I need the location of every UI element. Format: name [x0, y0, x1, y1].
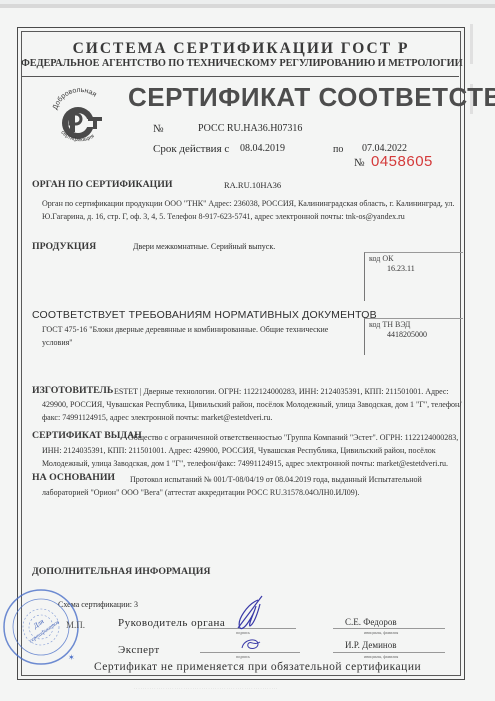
code-ok-label: код ОК [369, 254, 393, 263]
basis-text: Протокол испытаний № 001/Т-08/04/19 от 0… [32, 473, 462, 499]
rst-voluntary-certification-logo-icon: Добровольная сертификация [48, 86, 112, 150]
organ-accreditation-id: RA.RU.10HA36 [224, 180, 281, 190]
head-name-line [333, 628, 445, 629]
printer-microtext: · · · · · · · · · · · · · · · · · · · · … [134, 687, 278, 691]
svg-text:Добровольная: Добровольная [52, 87, 98, 111]
manufacturer-text: ESTET | Дверные технологии. ОГРН: 112212… [32, 385, 470, 424]
certificate-title: СЕРТИФИКАТ СООТВЕТСТВИЯ [128, 82, 495, 113]
page-top-edge [0, 4, 495, 8]
organ-description: Орган по сертификации продукции ООО "ТНК… [42, 197, 462, 223]
basis-details: Протокол испытаний № 001/Т-08/04/19 от 0… [42, 475, 422, 497]
issued-to-details: Общество с ограниченной ответственностью… [42, 433, 458, 468]
head-signature-caption: подпись [236, 630, 250, 635]
footer-note: Сертификат не применяется при обязательн… [94, 661, 421, 673]
head-name-caption: инициалы, фамилия [364, 630, 398, 635]
expert-signature-caption: подпись [236, 654, 250, 659]
section-title-normative-docs: СООТВЕТСТВУЕТ ТРЕБОВАНИЯМ НОРМАТИВНЫХ ДО… [32, 309, 377, 321]
blank-number-label: № [354, 157, 365, 169]
code-tnved-label: код ТН ВЭД [369, 320, 410, 329]
section-title-additional: ДОПОЛНИТЕЛЬНАЯ ИНФОРМАЦИЯ [32, 566, 210, 577]
product-value: Двери межкомнатные. Серийный выпуск. [133, 242, 275, 251]
svg-text:✶: ✶ [68, 653, 75, 662]
expert-name-line [333, 652, 445, 653]
header-divider [22, 76, 459, 77]
document-page: СИСТЕМА СЕРТИФИКАЦИИ ГОСТ Р ФЕДЕРАЛЬНОЕ … [0, 4, 495, 701]
certification-system-title: СИСТЕМА СЕРТИФИКАЦИИ ГОСТ Р [21, 40, 461, 58]
blank-serial-number: 0458605 [371, 153, 433, 170]
code-ok-value: 16.23.11 [387, 264, 415, 273]
certificate-number: РОСС RU.HA36.H07316 [198, 123, 302, 134]
expert-name: И.Р. Деминов [345, 640, 396, 650]
expert-name-caption: инициалы, фамилия [364, 654, 398, 659]
valid-from-date: 08.04.2019 [240, 143, 285, 154]
valid-to-label: по [333, 144, 343, 155]
manufacturer-details: ESTET | Дверные технологии. ОГРН: 112212… [42, 387, 462, 422]
section-title-organ: ОРГАН ПО СЕРТИФИКАЦИИ [32, 179, 173, 190]
code-ok-box: код ОК 16.23.11 [364, 252, 463, 301]
section-title-product: ПРОДУКЦИЯ [32, 241, 96, 252]
normative-docs-text: ГОСТ 475-16 "Блоки дверные деревянные и … [42, 323, 347, 349]
agency-title: ФЕДЕРАЛЬНОЕ АГЕНТСТВО ПО ТЕХНИЧЕСКОМУ РЕ… [21, 58, 461, 69]
head-name: С.Е. Федоров [345, 617, 397, 627]
issued-to-text: Общество с ограниченной ответственностью… [32, 431, 470, 470]
certificate-number-label: № [153, 123, 164, 135]
scan-artifact [470, 24, 473, 64]
expert-label: Эксперт [118, 644, 160, 656]
code-tnved-value: 4418205000 [387, 330, 427, 339]
code-tnved-box: код ТН ВЭД 4418205000 [364, 318, 463, 355]
stamp-place-label: М.П. [66, 620, 85, 630]
validity-label: Срок действия с [153, 143, 229, 155]
